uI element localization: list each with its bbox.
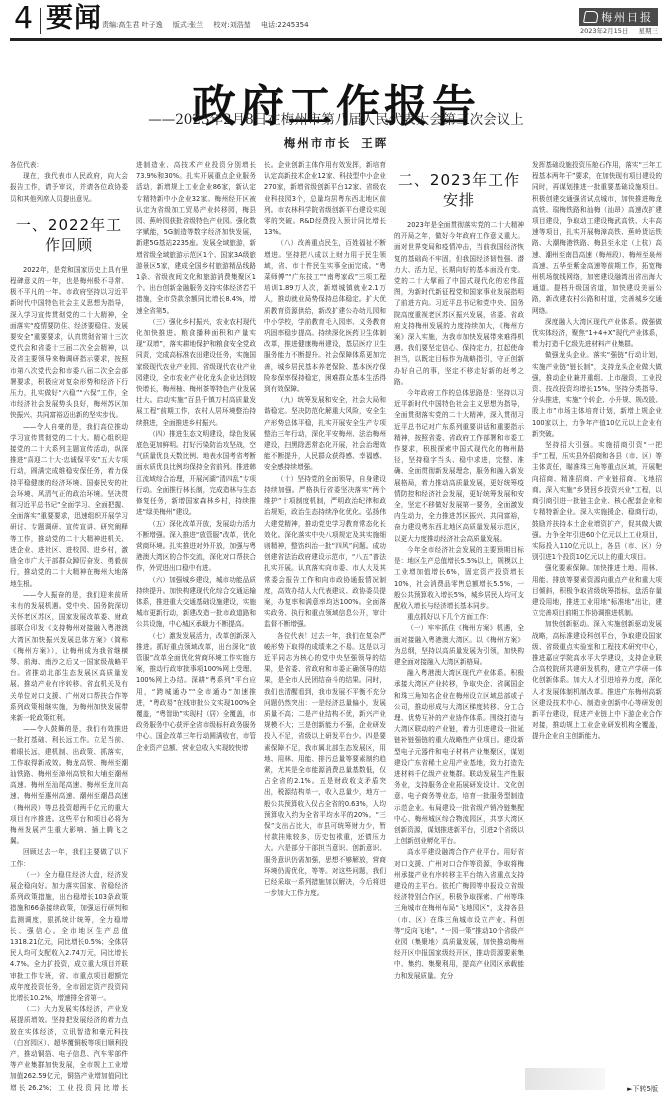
- paragraph: 高水平建设融湾合作产业平台。用好省对口支援、广州对口合作等资源，争取将梅州承接产…: [394, 847, 524, 981]
- paragraph: 2023年是全面贯彻落实党的二十大精神的开局之年，做好今年政府工作意义重大。面对…: [394, 220, 524, 388]
- text-column-2: 进制造业、高技术产业投资分别增长73.9%和30%。扎实开展重点企业服务活动，新…: [136, 160, 256, 1095]
- newspaper-logo-icon: [583, 11, 599, 23]
- paragraph: 强化要素保障。加快推进土地、用林、用能、排放等要素资源向重点产业和重大项目倾斜，…: [532, 563, 662, 619]
- paragraph: （八）改善重点民生，百姓福祉不断增进。坚持把八成以上财力用于民生领域，省、市十件…: [264, 238, 386, 395]
- paragraph: ——令人鼓舞的是，我们有效推进一批打基础、利长远工作。立足当前、着眼长远，建机制…: [10, 724, 128, 847]
- salutation: 各位代表：: [10, 160, 128, 171]
- issue-weekday: 星期三: [639, 27, 659, 35]
- paragraph: 现在，我代表市人民政府，向大会报告工作，请予审议，并请各位政协委员和其他列席人员…: [10, 171, 128, 205]
- print-artifact: [525, 1068, 605, 1090]
- section-heading-plan: 二、2023年工作安排: [394, 170, 524, 210]
- masthead-divider: [40, 8, 41, 34]
- editor-credits: 责编:高生君 叶子逸 版式:张兰 校对:刘浩堃 电话:2245354: [102, 20, 317, 30]
- paragraph: 融入粤港澳大湾区现代产业体系。积极承接大湾区产业转移，争取央企、省属国企和珠三角…: [394, 668, 524, 847]
- paragraph: 各位代表！过去一年，我们在复杂严峻形势下取得的成绩来之不易。这是以习近平同志为核…: [264, 631, 386, 900]
- credit-phone: 电话:2245354: [261, 21, 309, 29]
- paragraph: 重点抓好以下几个方面工作：: [394, 612, 524, 623]
- paragraph: （六）加强城乡建设，城市功能品质持续提升。加快构建现代化综合交通运输体系，推进重…: [136, 575, 256, 631]
- paragraph: （九）统筹发展和安全，社会大局和谐稳定。坚决防范化解重大风险，安全生产形势总体平…: [264, 395, 386, 473]
- paragraph: （五）深化改革开放，发展动力活力不断增强。深入推进“放管服”改革，优化营商环境。…: [136, 519, 256, 575]
- article-subtitle: ——2023年2月8日在梅州市第八届人民代表大会第三次会议上: [0, 111, 672, 129]
- section-title: 要闻: [46, 3, 102, 35]
- paragraph: 进制造业、高技术产业投资分别增长73.9%和30%。扎实开展重点企业服务活动，新…: [136, 160, 256, 317]
- article-byline: 梅州市市长王晖: [0, 135, 672, 151]
- paragraph: （七）激发发展活力，改革创新深入推进。抓好重点领域改革，出台深化“放管服”改革全…: [136, 631, 256, 754]
- text-column-3: 长。企业创新主体作用有效发挥，新培育认定高新技术企业12家、科技型中小企业270…: [264, 160, 386, 1095]
- author-name: 王晖: [361, 136, 388, 150]
- paragraph: （二）大力发展实体经济，产业发展提质增效。坚持把发展经济的着力点放在实体经济，立…: [10, 1004, 128, 1095]
- paragraph: 坚持招大引强。实施招商引资“一把手”工程，压实县外招商和各县（市、区）等主体责任…: [532, 440, 662, 563]
- dateline: 2023年2月15日 星期三: [572, 26, 658, 35]
- paragraph: 做强龙头企业。落实“强链”行动计划，实施产业链“链长制”，支持龙头企业做大做强，…: [532, 350, 662, 440]
- paragraph: 2022年，是党和国家历史上具有里程碑意义的一年，也是梅州极不寻常、极不平凡的一…: [10, 265, 128, 422]
- text-column-4: 二、2023年工作安排 2023年是全面贯彻落实党的二十大精神的开局之年，做好今…: [394, 160, 524, 1095]
- paragraph: （一）全力稳住经济大盘，经济发展企稳向好。加力落实国家、省稳经济系列政策措施，出…: [10, 870, 128, 1004]
- paragraph: ——令人自豪的是，我们高位推动学习宣传贯彻党的二十大。精心组织迎接党的二十大系列…: [10, 422, 128, 590]
- paragraph: 深度融入大湾区现代产业体系。做强做优实体经济，聚焦“1+4+X”现代产业体系，着…: [532, 317, 662, 351]
- newspaper-name: 梅州日报: [601, 9, 653, 25]
- newspaper-logo: 梅州日报: [579, 8, 658, 26]
- paragraph: 回顾过去一年，我们主要做了以下工作：: [10, 847, 128, 869]
- paragraph: ——令人振奋的是，我们迎来前所未有的发展机遇。党中央、国务院深切关怀老区苏区，国…: [10, 590, 128, 724]
- header-rule: [10, 38, 662, 41]
- paragraph: 加快创新驱动。深入实施创新驱动发展战略，高标准建设科创平台，争取建设国家级、省级…: [532, 619, 662, 742]
- credit-editors: 责编:高生君 叶子逸: [102, 21, 163, 29]
- paragraph: 长。企业创新主体作用有效发挥，新培育认定高新技术企业12家、科技型中小企业270…: [264, 160, 386, 238]
- issue-date: 2023年2月15日: [580, 27, 628, 35]
- paragraph: 今年政府工作的总体思路是：坚持以习近平新时代中国特色社会主义思想为指导，全面贯彻…: [394, 388, 524, 545]
- credit-proofread: 校对:刘浩堃: [213, 21, 250, 29]
- continued-on-page-link[interactable]: ►下转5版: [627, 1084, 658, 1094]
- credit-layout: 版式:张兰: [173, 21, 203, 29]
- paragraph: （十）坚持党的全面领导，自身建设持续加强。严格执行省委坚决落实“两个维护”十项制…: [264, 474, 386, 631]
- text-column-5: 发挥基础设施投资压舱石作用，落实“三年工程基本两年干”要求，在加快现有项目建设的…: [532, 160, 662, 1095]
- paragraph: （四）推进生态文明建设，绿色发展底色更加鲜明。打好污染防治攻坚战，空气质量优良天…: [136, 429, 256, 519]
- article-body: 各位代表： 现在，我代表市人民政府，向大会报告工作，请予审议，并请各位政协委员和…: [10, 160, 662, 1095]
- paragraph: （三）强化乡村振兴，农业农村现代化加快推进。粮食播种面积和产量实现“双增”，落实…: [136, 317, 256, 429]
- page-number: 4: [14, 4, 33, 34]
- paragraph: 发挥基础设施投资压舱石作用，落实“三年工程基本两年干”要求，在加快现有项目建设的…: [532, 160, 662, 317]
- section-heading-review: 一、2022年工作回顾: [10, 215, 128, 255]
- masthead: 4 要闻 责编:高生君 叶子逸 版式:张兰 校对:刘浩堃 电话:2245354 …: [0, 0, 672, 38]
- paragraph: （一）牢牢抓住《梅州方案》机遇，全面对接融入粤港澳大湾区。以《梅州方案》为总纲，…: [394, 623, 524, 668]
- text-column-1: 各位代表： 现在，我代表市人民政府，向大会报告工作，请予审议，并请各位政协委员和…: [10, 160, 128, 1095]
- author-role: 梅州市市长: [284, 136, 352, 150]
- paragraph: 今年全市经济社会发展的主要预期目标是：地区生产总值增长5.5%以上，规模以上工业…: [394, 545, 524, 612]
